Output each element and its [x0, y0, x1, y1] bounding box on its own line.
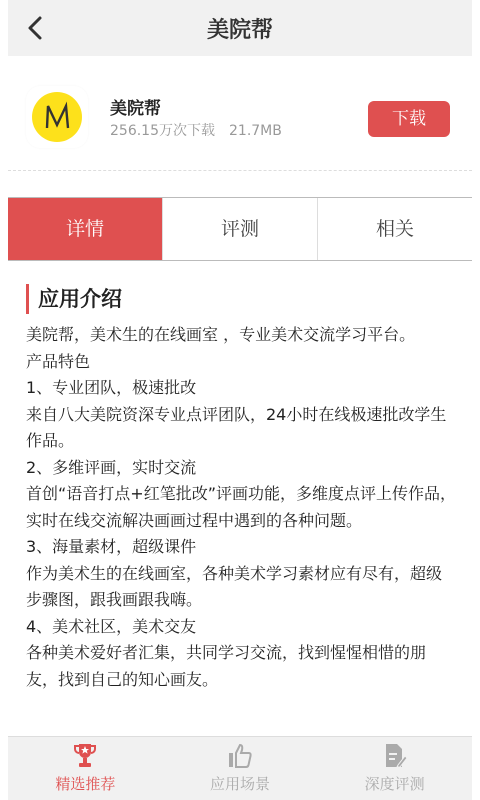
- nav-featured[interactable]: 精选推荐: [8, 737, 163, 800]
- download-count: 256.15万次下载: [110, 123, 215, 139]
- app-info-card: 美院帮 256.15万次下载21.7MB 下载: [8, 56, 472, 174]
- top-bar: 美院帮: [8, 0, 472, 56]
- section-title: 应用介绍: [26, 284, 122, 314]
- app-size: 21.7MB: [229, 123, 282, 139]
- desc-line: 各种美术爱好者汇集，共同学习交流，找到惺惺相惜的朋友，找到自己的知心画友。: [26, 640, 456, 693]
- desc-line: 4、美术社区，美术交友: [26, 614, 456, 641]
- desc-line: 1、专业团队，极速批改: [26, 375, 456, 402]
- tab-related[interactable]: 相关: [317, 198, 472, 260]
- app-name: 美院帮: [110, 94, 161, 119]
- app-detail-page: 美院帮 美院帮 256.15万次下载21.7MB 下载 详情 评测 相关 应用介…: [8, 0, 472, 800]
- tab-bar: 详情 评测 相关: [8, 197, 472, 261]
- app-description: 美院帮，美术生的在线画室 ，专业美术交流学习平台。 产品特色 1、专业团队，极速…: [26, 322, 456, 693]
- desc-line: 美院帮，美术生的在线画室 ，专业美术交流学习平台。: [26, 322, 456, 349]
- desc-line: 来自八大美院资深专业点评团队，24小时在线极速批改学生作品。: [26, 402, 456, 455]
- nav-label: 应用场景: [163, 773, 318, 794]
- trophy-icon: [70, 741, 100, 771]
- desc-line: 产品特色: [26, 349, 456, 376]
- desc-line: 2、多维评画，实时交流: [26, 455, 456, 482]
- bottom-nav: 精选推荐 应用场景 深度评测: [8, 736, 472, 800]
- app-meta: 256.15万次下载21.7MB: [110, 120, 282, 140]
- app-logo[interactable]: [26, 86, 88, 148]
- document-edit-icon: [380, 741, 410, 771]
- nav-label: 精选推荐: [8, 773, 163, 794]
- logo-circle: [32, 92, 82, 142]
- divider: [8, 170, 472, 171]
- m-logo-icon: [32, 92, 82, 142]
- tab-review[interactable]: 评测: [162, 198, 317, 260]
- desc-line: 首创“语音打点+红笔批改”评画功能，多维度点评上传作品，实时在线交流解决画画过程…: [26, 481, 456, 534]
- nav-scenarios[interactable]: 应用场景: [163, 737, 318, 800]
- nav-deep-review[interactable]: 深度评测: [317, 737, 472, 800]
- thumbs-up-icon: [225, 741, 255, 771]
- nav-label: 深度评测: [317, 773, 472, 794]
- desc-line: 作为美术生的在线画室，各种美术学习素材应有尽有，超级步骤图，跟我画跟我嗨。: [26, 561, 456, 614]
- page-title: 美院帮: [8, 13, 472, 44]
- desc-line: 3、海量素材，超级课件: [26, 534, 456, 561]
- download-button[interactable]: 下载: [368, 101, 450, 137]
- tab-details[interactable]: 详情: [8, 198, 162, 260]
